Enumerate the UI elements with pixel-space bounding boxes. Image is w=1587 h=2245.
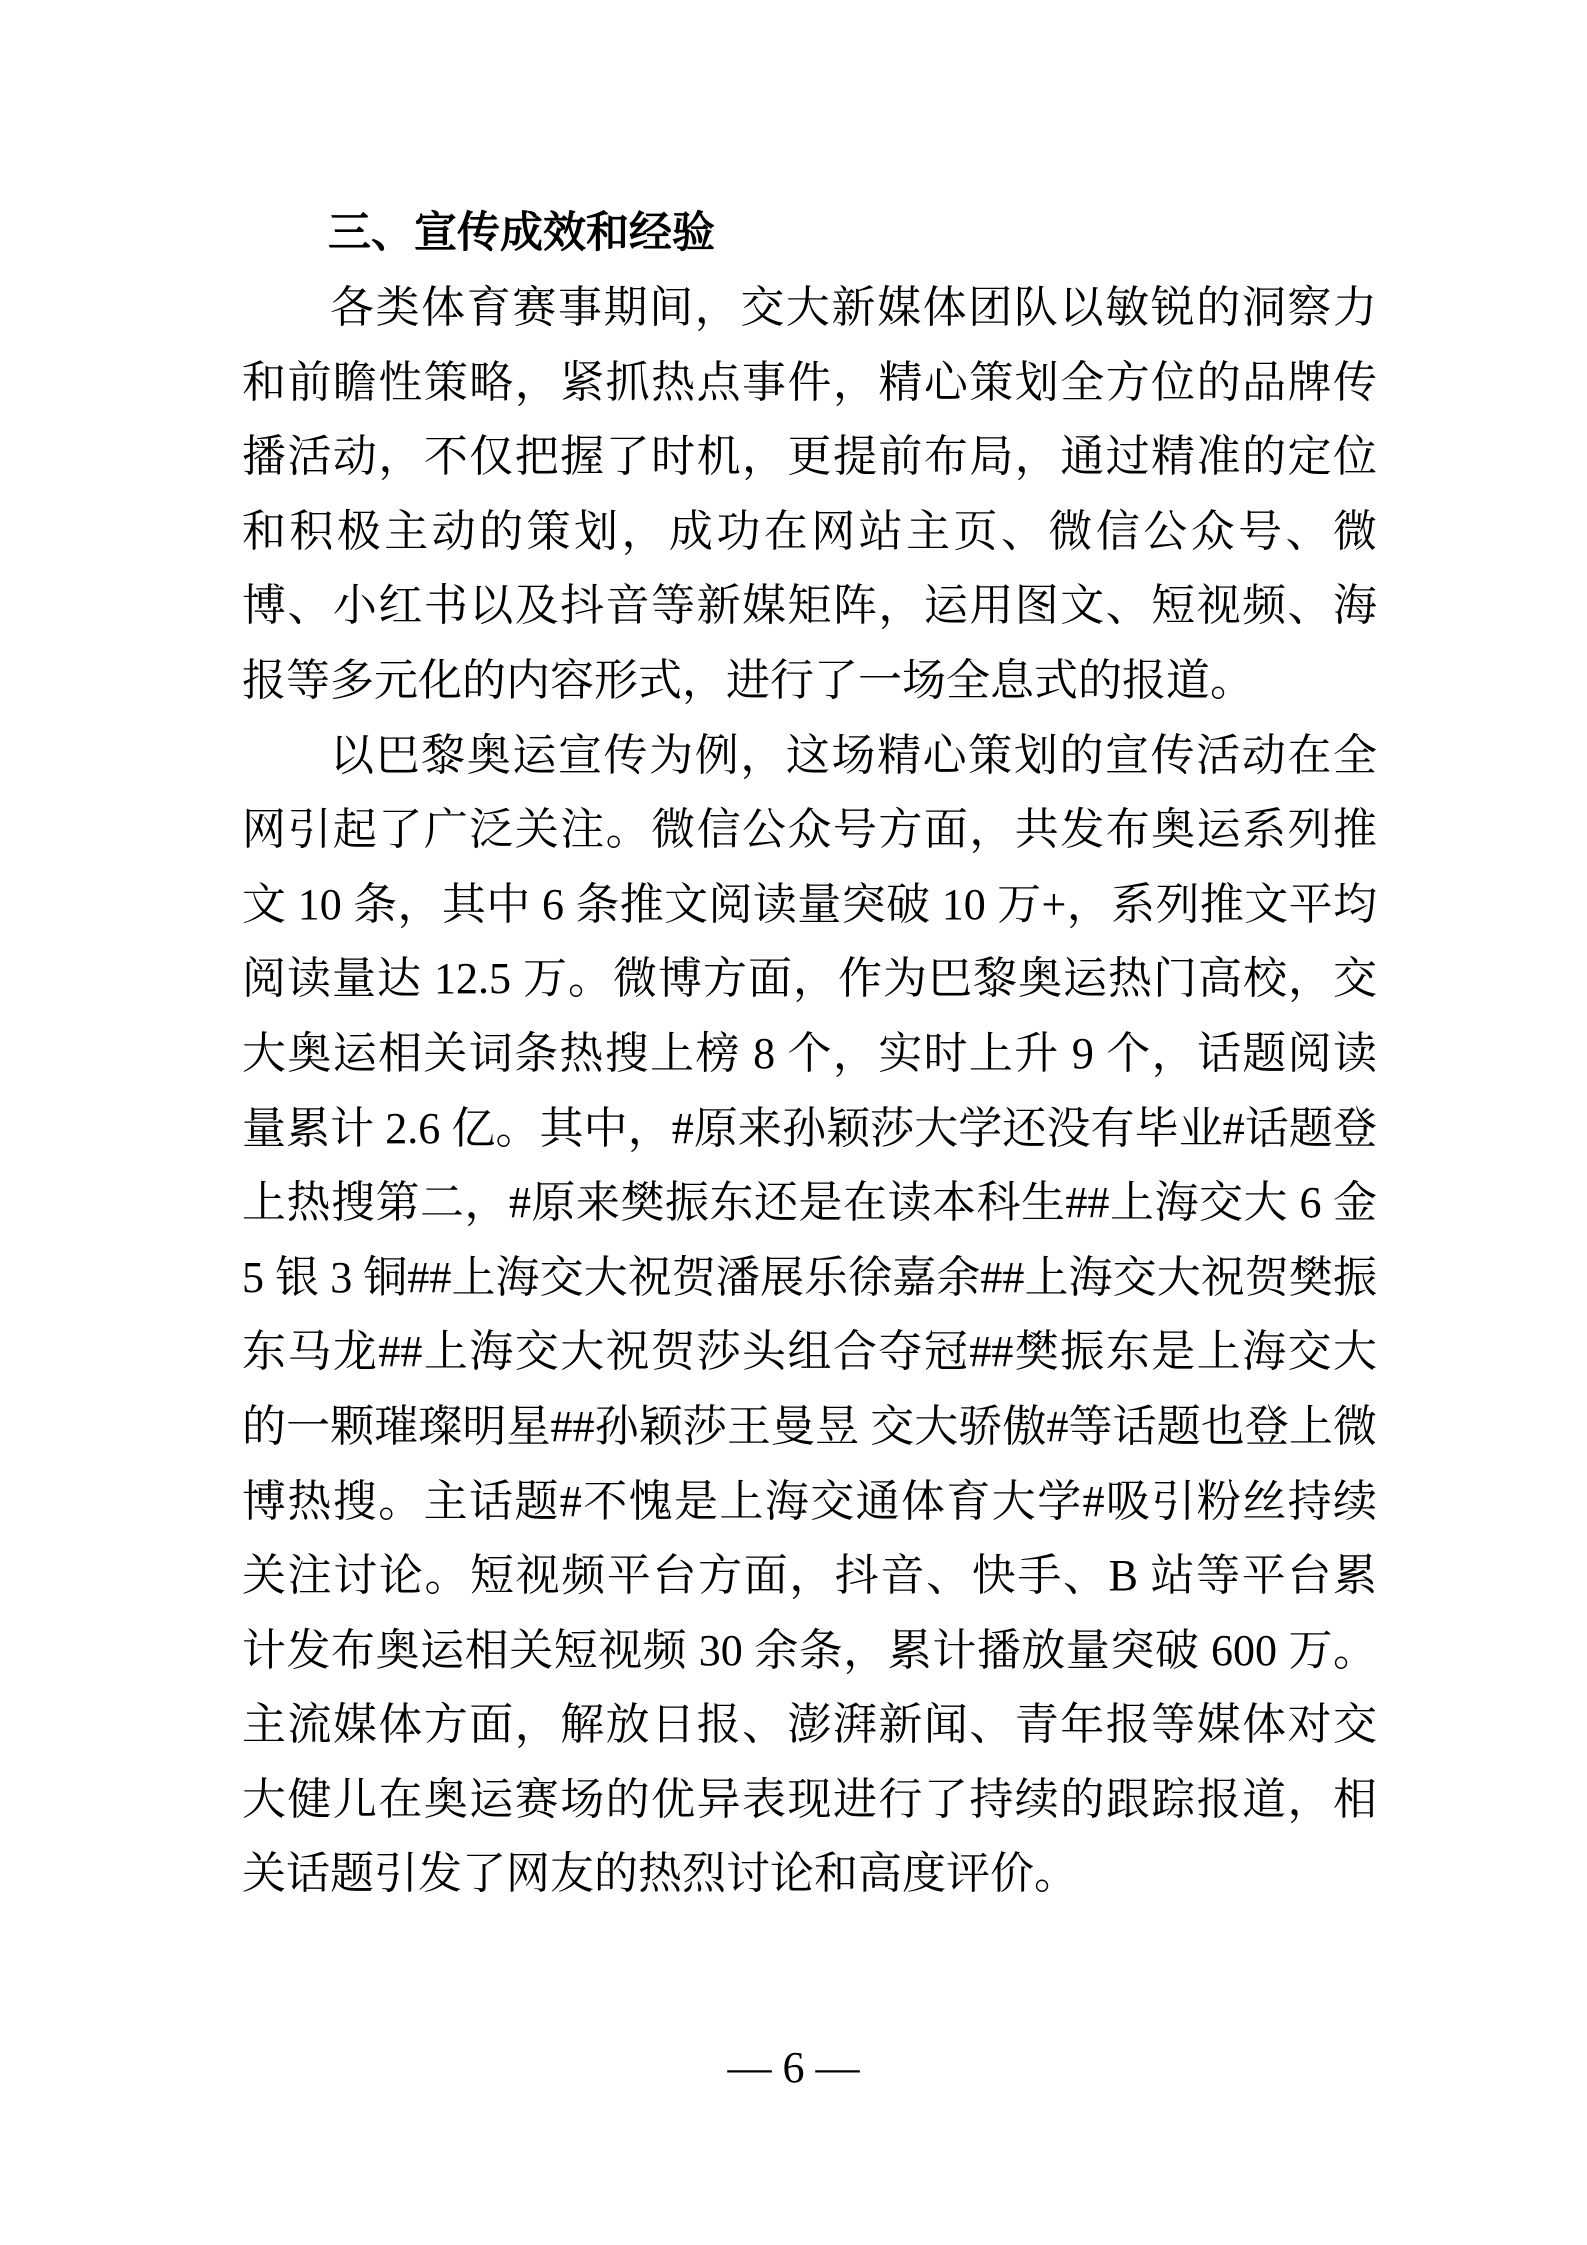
- paragraph-paris-olympics: 以巴黎奥运宣传为例，这场精心策划的宣传活动在全网引起了广泛关注。微信公众号方面，…: [242, 719, 1377, 1913]
- section-heading: 三、宣传成效和经验: [242, 196, 1377, 271]
- document-page: 三、宣传成效和经验 各类体育赛事期间，交大新媒体团队以敏锐的洞察力和前瞻性策略，…: [0, 0, 1587, 2245]
- paragraph-overview: 各类体育赛事期间，交大新媒体团队以敏锐的洞察力和前瞻性策略，紧抓热点事件，精心策…: [242, 271, 1377, 719]
- page-number: — 6 —: [0, 2042, 1587, 2093]
